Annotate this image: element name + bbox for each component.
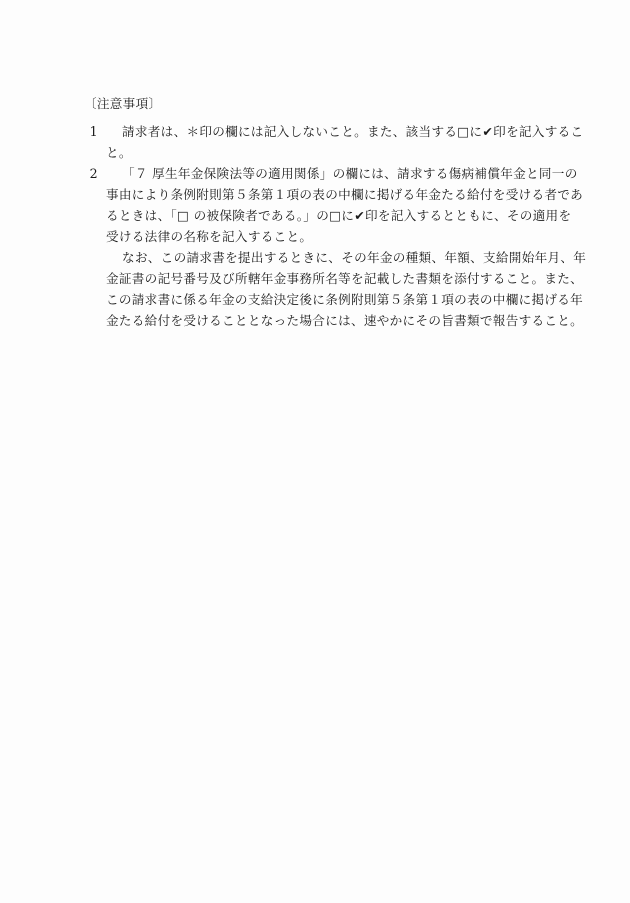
item-2-line-5: なお、この請求書を提出するときに、その年金の種類、年額、支給開始年月、年 — [122, 247, 586, 268]
document-page: 〔注意事項〕 1 請求者は、＊印の欄には記入しないこと。また、該当する□に✔印を… — [0, 0, 630, 903]
item-number: 2 — [84, 163, 98, 184]
notes-heading: 〔注意事項〕 — [84, 93, 161, 114]
item-1-line-1: 請求者は、＊印の欄には記入しないこと。また、該当する□に✔印を記入するこ — [122, 121, 583, 142]
item-2-line-1: 「７ 厚生年金保険法等の適用関係」の欄には、請求する傷病補償年金と同一の — [122, 163, 578, 184]
item-2-line-4: 受ける法律の名称を記入すること。 — [106, 226, 312, 247]
item-1-line-2: と。 — [106, 142, 132, 163]
item-number: 1 — [84, 121, 98, 142]
item-2-line-8: 金たる給付を受けることとなった場合には、速やかにその旨書類で報告すること。 — [106, 310, 583, 331]
item-2-line-7: この請求書に係る年金の支給決定後に条例附則第５条第１項の表の中欄に掲げる年 — [106, 289, 583, 310]
item-2-line-6: 金証書の記号番号及び所轄年金事務所名等を記載した書類を添付すること。また、 — [106, 268, 583, 289]
item-2-line-3: るときは、「□ の被保険者である。」の□に✔印を記入するとともに、その適用を — [106, 205, 571, 226]
item-2-line-2: 事由により条例附則第５条第１項の表の中欄に掲げる年金たる給付を受ける者であ — [106, 184, 583, 205]
